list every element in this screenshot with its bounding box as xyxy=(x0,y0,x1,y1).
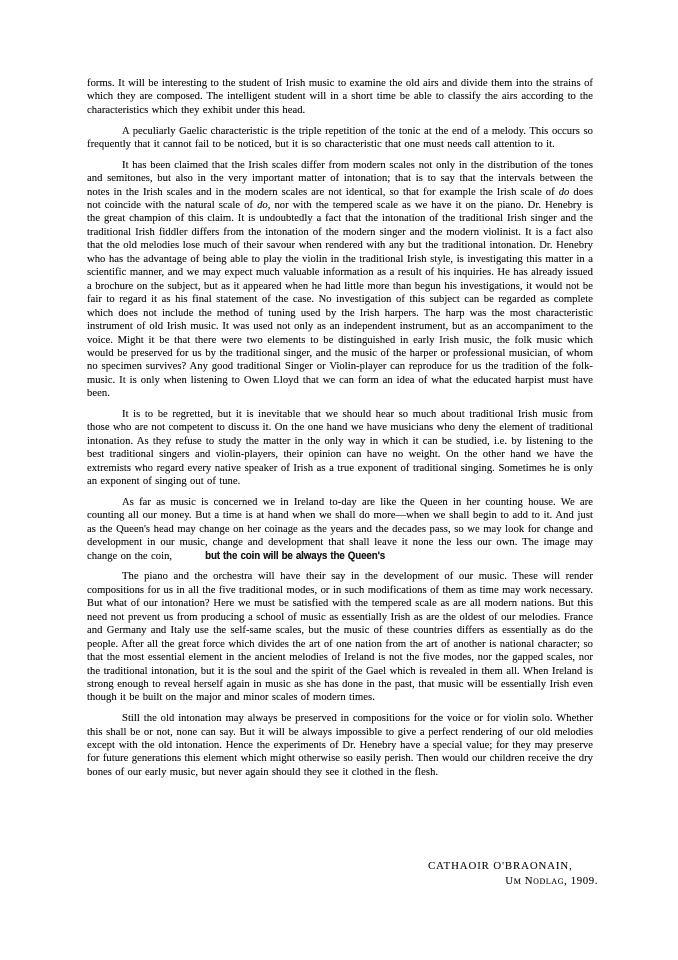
paragraph-regretted: It is to be regretted, but it is inevita… xyxy=(87,408,593,489)
signature-date: Um Nodlag, 1909. xyxy=(505,875,598,887)
paragraph-irish-scales-intonation: It has been claimed that the Irish scale… xyxy=(87,159,593,401)
pasted-text-fragment: but the coin will be always the Queen's xyxy=(175,550,385,563)
signature-name: CATHAOIR O'BRAONAIN, xyxy=(428,860,573,872)
italic-do: do xyxy=(559,187,570,198)
paragraph-queen-counting-house: As far as music is concerned we in Irela… xyxy=(87,496,593,563)
paragraph-old-intonation: Still the old intonation may always be p… xyxy=(87,712,593,779)
document-page: forms. It will be interesting to the stu… xyxy=(87,77,593,787)
italic-do: do, xyxy=(257,200,270,211)
paragraph-text: forms. It will be interesting to the stu… xyxy=(87,78,593,116)
paragraph-text: The piano and the orchestra will have th… xyxy=(87,571,593,703)
paragraph-text: Still the old intonation may always be p… xyxy=(87,713,593,778)
paragraph-gaelic-characteristic: A peculiarly Gaelic characteristic is th… xyxy=(87,125,593,152)
paragraph-text: It has been claimed that the Irish scale… xyxy=(87,160,593,198)
paragraph-forms: forms. It will be interesting to the stu… xyxy=(87,77,593,117)
paragraph-text: It is to be regretted, but it is inevita… xyxy=(87,409,593,487)
paragraph-text: nor with the tempered scale as we have i… xyxy=(87,200,593,399)
paragraph-piano-orchestra: The piano and the orchestra will have th… xyxy=(87,570,593,705)
paragraph-text: A peculiarly Gaelic characteristic is th… xyxy=(87,126,593,150)
